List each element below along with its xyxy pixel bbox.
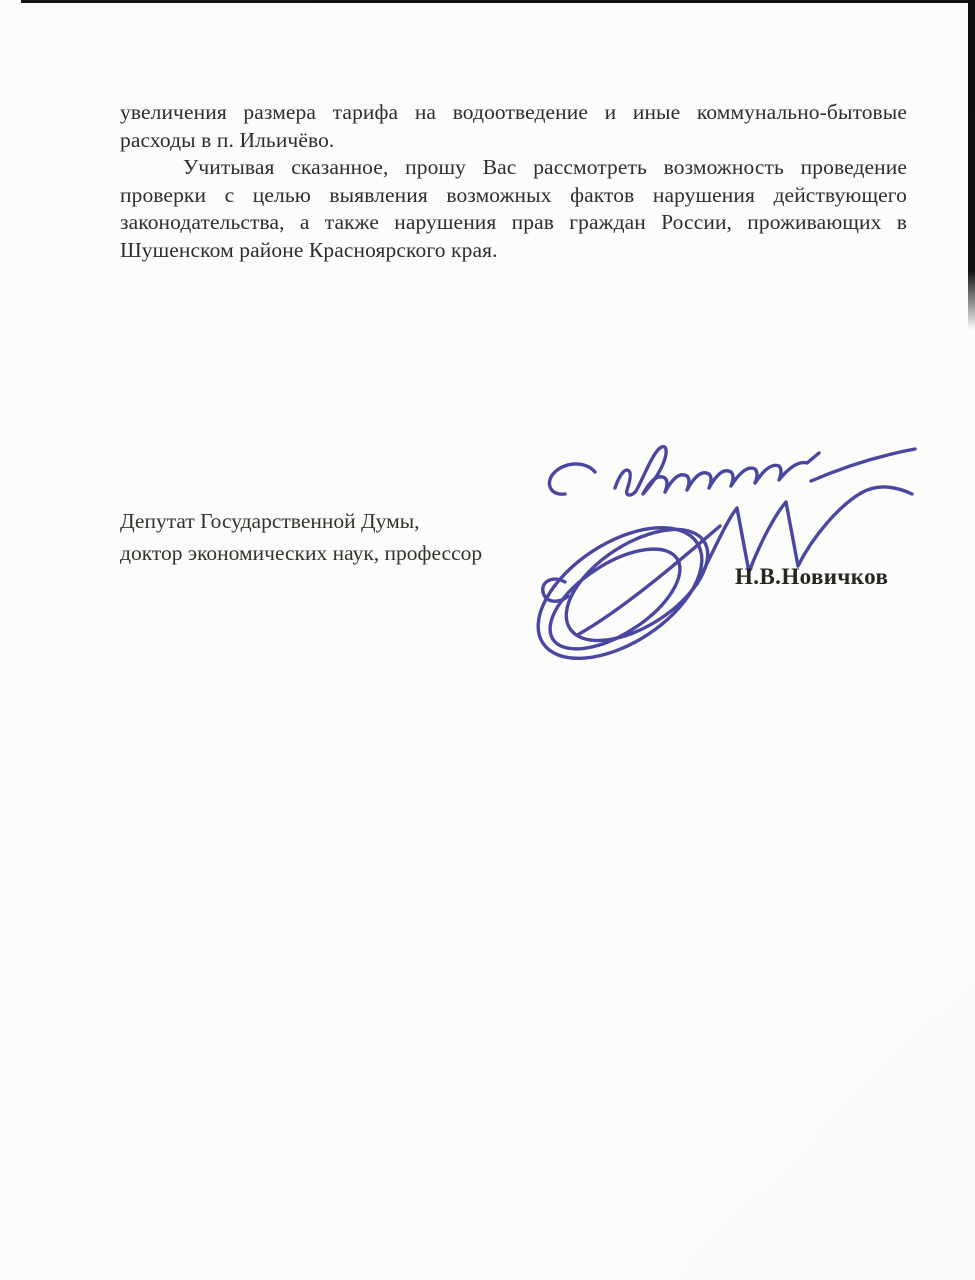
text-line: Учитывая сказанное, прошу Вас рассмотрет… <box>120 154 907 182</box>
text-line: проверки с целью выявления возможных фак… <box>120 182 907 210</box>
handwritten-signature <box>515 436 935 676</box>
paragraph-2: Учитывая сказанное, прошу Вас рассмотрет… <box>120 154 907 264</box>
text-line: расходы в п. Ильичёво. <box>120 127 907 155</box>
scan-edge-top <box>21 0 975 3</box>
scan-edge-right <box>968 0 975 330</box>
scanned-letter-page: увеличения размера тарифа на водоотведен… <box>0 0 975 1280</box>
signature-ink-strokes <box>516 447 915 676</box>
signer-title-line-1: Депутат Государственной Думы, <box>120 505 482 537</box>
text-line: законодательства, а также нарушения прав… <box>120 209 907 237</box>
signer-printed-name: Н.В.Новичков <box>735 564 888 590</box>
signer-title-line-2: доктор экономических наук, профессор <box>120 537 482 569</box>
signer-title-block: Депутат Государственной Думы, доктор эко… <box>120 505 482 569</box>
text-line: увеличения размера тарифа на водоотведен… <box>120 99 907 127</box>
letter-body: увеличения размера тарифа на водоотведен… <box>120 99 907 265</box>
paragraph-1: увеличения размера тарифа на водоотведен… <box>120 99 907 154</box>
text-line: Шушенском районе Красноярского края. <box>120 237 907 265</box>
